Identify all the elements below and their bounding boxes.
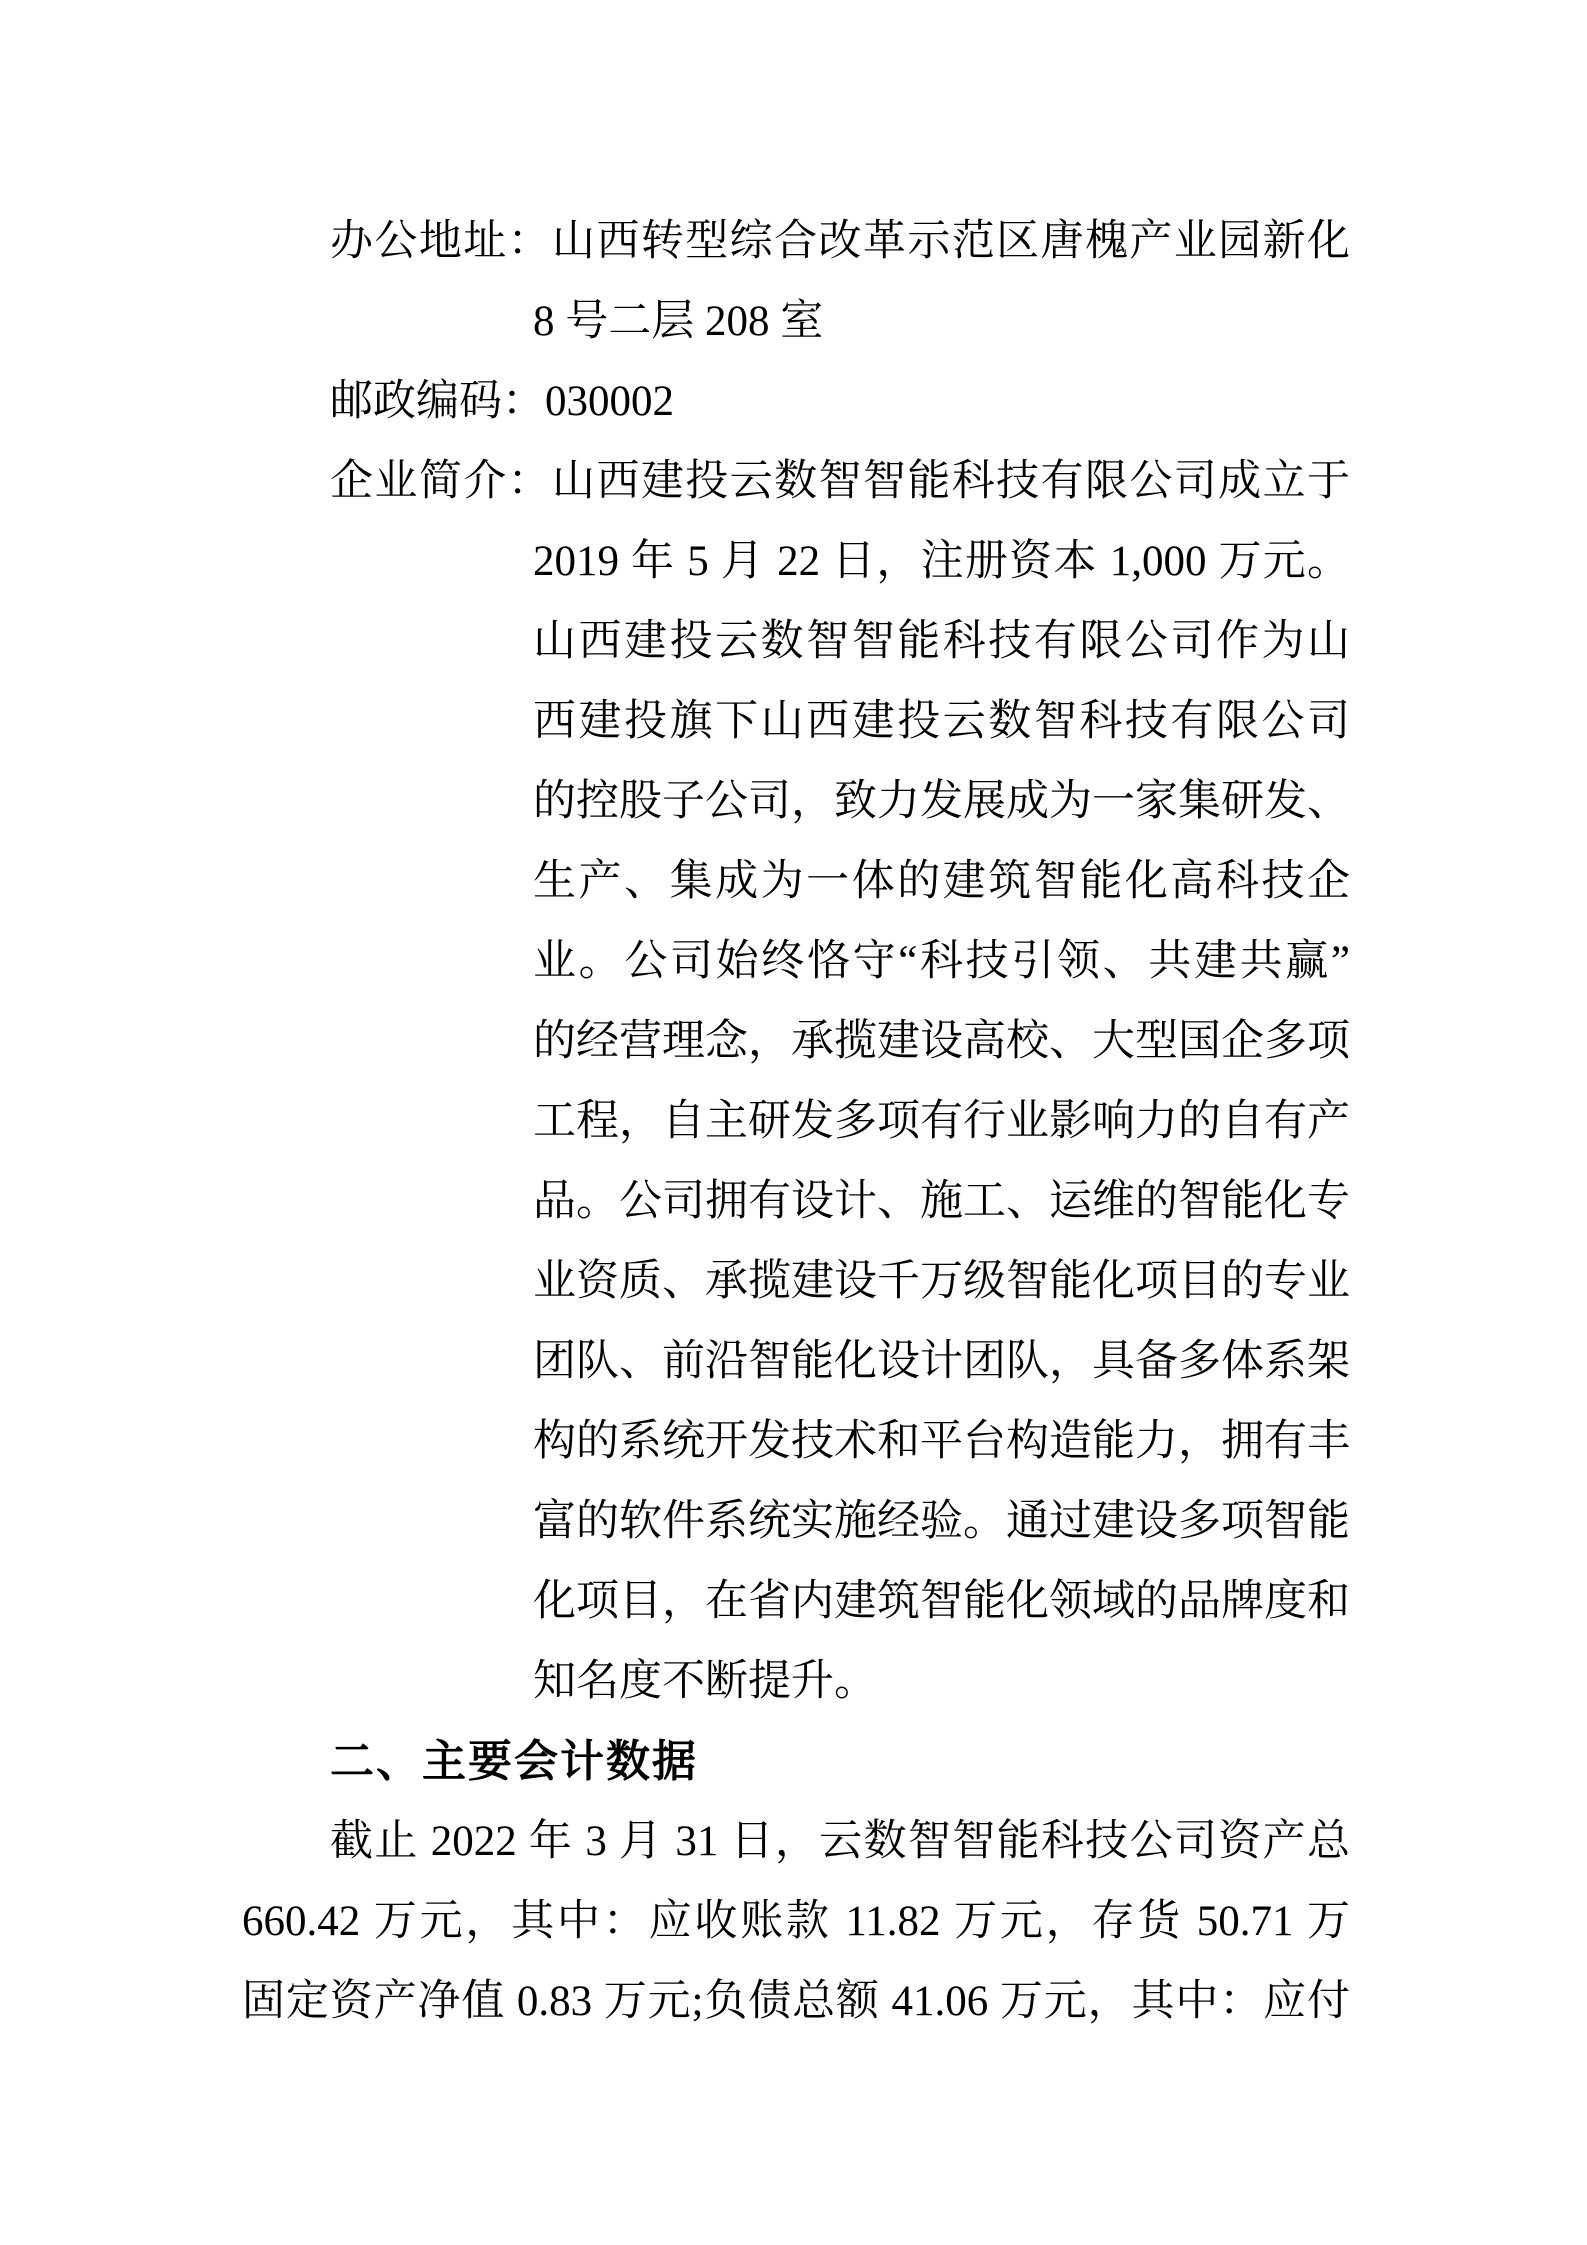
field-continuation-line: 山西建投云数智智能科技有限公司作为山	[242, 602, 1350, 682]
field-value: 山西建投云数智智能科技有限公司成立于	[552, 458, 1350, 505]
field-continuation-line: 知名度不断提升。	[242, 1642, 1350, 1722]
field-continuation-line: 生产、集成为一体的建筑智能化高科技企	[242, 842, 1350, 922]
paragraph-line: 660.42 万元，其中：应收账款 11.82 万元，存货 50.71 万元，	[242, 1882, 1350, 1962]
field-continuation-line: 的控股子公司，致力发展成为一家集研发、	[242, 762, 1350, 842]
field-continuation-line: 工程，自主研发多项有行业影响力的自有产	[242, 1082, 1350, 1162]
field-continuation-line: 8 号二层 208 室	[242, 282, 1350, 362]
field-line: 办公地址：山西转型综合改革示范区唐槐产业园新化路	[242, 202, 1350, 282]
document-content: 办公地址：山西转型综合改革示范区唐槐产业园新化路8 号二层 208 室邮政编码：…	[242, 202, 1350, 2042]
field-continuation-line: 构的系统开发技术和平台构造能力，拥有丰	[242, 1402, 1350, 1482]
field-continuation-line: 业。公司始终恪守“科技引领、共建共赢”	[242, 922, 1350, 1002]
field-value: 030002	[545, 378, 674, 425]
field-line: 邮政编码：030002	[242, 362, 1350, 442]
fields-block: 办公地址：山西转型综合改革示范区唐槐产业园新化路8 号二层 208 室邮政编码：…	[242, 202, 1350, 1722]
field-continuation-line: 富的软件系统实施经验。通过建设多项智能	[242, 1482, 1350, 1562]
accounting-paragraph: 截止 2022 年 3 月 31 日，云数智智能科技公司资产总额660.42 万…	[242, 1802, 1350, 2042]
field-continuation-line: 西建投旗下山西建投云数智科技有限公司	[242, 682, 1350, 762]
field-continuation-line: 业资质、承揽建设千万级智能化项目的专业	[242, 1242, 1350, 1322]
paragraph-line: 固定资产净值 0.83 万元;负债总额 41.06 万元，其中：应付	[242, 1962, 1350, 2042]
field-continuation-line: 的经营理念，承揽建设高校、大型国企多项	[242, 1002, 1350, 1082]
field-label: 企业简介：	[330, 458, 552, 505]
field-continuation-line: 2019 年 5 月 22 日，注册资本 1,000 万元。	[242, 522, 1350, 602]
field-continuation-line: 团队、前沿智能化设计团队，具备多体系架	[242, 1322, 1350, 1402]
field-continuation-line: 化项目，在省内建筑智能化领域的品牌度和	[242, 1562, 1350, 1642]
field-label: 办公地址：	[330, 218, 552, 265]
field-continuation-line: 品。公司拥有设计、施工、运维的智能化专	[242, 1162, 1350, 1242]
field-label: 邮政编码：	[330, 378, 545, 425]
section-heading: 二、主要会计数据	[242, 1722, 1350, 1802]
document-page: 办公地址：山西转型综合改革示范区唐槐产业园新化路8 号二层 208 室邮政编码：…	[0, 0, 1587, 2245]
paragraph-line: 截止 2022 年 3 月 31 日，云数智智能科技公司资产总额	[242, 1802, 1350, 1882]
field-line: 企业简介：山西建投云数智智能科技有限公司成立于	[242, 442, 1350, 522]
